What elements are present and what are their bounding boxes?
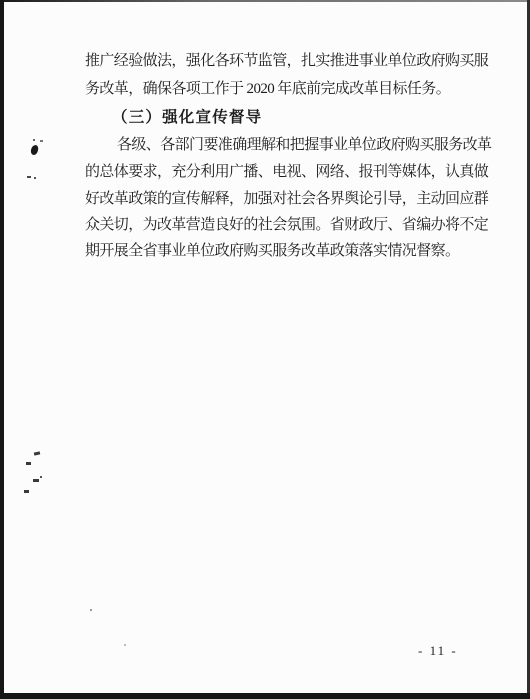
scan-artifact [27,176,31,178]
page-number: - 11 - [418,643,458,659]
scan-edge-left [0,0,4,699]
scan-artifact [24,490,29,493]
paragraph1-line2: 务改革，确保各项工作于 2020 年底前完成改革目标任务。 [85,82,450,97]
scan-artifact [40,140,43,142]
scan-artifact [90,609,92,611]
scan-artifact [124,644,126,646]
scan-artifact [33,139,35,141]
section-heading: （三）强化宣传督导 [112,110,262,126]
paragraph2-line2: 的总体要求，充分利用广播、电视、网络、报刊等媒体，认真做 [85,165,488,180]
paragraph2-line1: 各级、各部门要准确理解和把握事业单位政府购买服务改革 [117,138,491,153]
scan-artifact [34,177,36,179]
paragraph2-line3: 好改革政策的宣传解释，加强对社会各界舆论引导，主动回应群 [85,192,488,207]
scan-artifact [40,476,42,478]
scan-artifact [34,451,40,455]
scan-artifact [26,462,31,465]
scan-edge-top [0,0,530,2]
scan-artifact [30,145,38,156]
paragraph1-line1: 推广经验做法，强化各环节监管，扎实推进事业单位政府购买服 [85,54,488,69]
scan-artifact [33,479,39,482]
paragraph2-line4: 众关切，为改革营造良好的社会氛围。省财政厅、省编办将不定 [85,218,488,233]
scanned-document-page: 推广经验做法，强化各环节监管，扎实推进事业单位政府购买服 务改革，确保各项工作于… [0,0,530,699]
scan-edge-bottom [0,693,530,699]
paragraph2-line5: 期开展全省事业单位政府购买服务改革政策落实情况督察。 [85,244,459,259]
